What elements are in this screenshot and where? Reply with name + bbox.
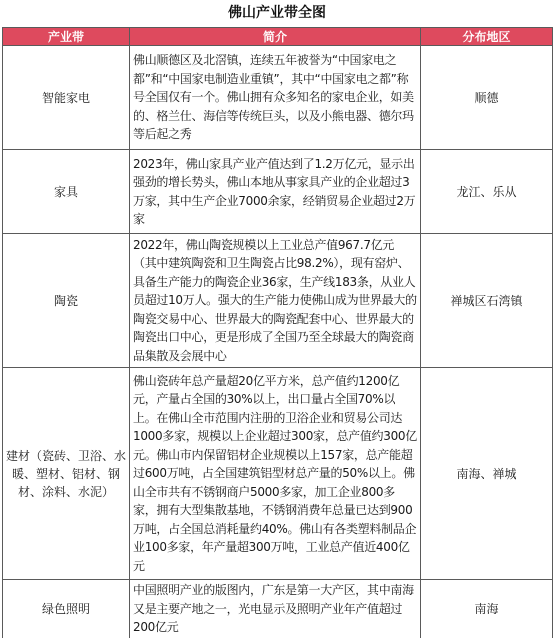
description-cell: 2022年，佛山陶瓷规模以上工业总产值967.7亿元（其中建筑陶瓷和卫生陶瓷占比… <box>130 234 421 368</box>
header-industry: 产业带 <box>3 28 130 46</box>
description-cell: 佛山瓷砖年总产量超20亿平方米，总产值约1200亿元，产量占全国的30%以上，出… <box>130 368 421 580</box>
industry-cell: 智能家电 <box>3 46 130 150</box>
table-row: 智能家电 佛山顺德区及北滘镇，连续五年被誉为“中国家电之都”和“中国家电制造业重… <box>3 46 553 150</box>
industry-cell: 建材（瓷砖、卫浴、水暖、塑材、铝材、钢材、涂料、水泥） <box>3 368 130 580</box>
industry-cell: 陶瓷 <box>3 234 130 368</box>
description-cell: 中国照明产业的版图内，广东是第一大产区，其中南海又是主要产地之一，光电显示及照明… <box>130 580 421 638</box>
region-cell: 南海 <box>421 580 553 638</box>
region-cell: 禅城区石湾镇 <box>421 234 553 368</box>
industry-cell: 绿色照明 <box>3 580 130 638</box>
industry-table: 产业带 简介 分布地区 智能家电 佛山顺德区及北滘镇，连续五年被誉为“中国家电之… <box>2 27 553 638</box>
header-description: 简介 <box>130 28 421 46</box>
region-cell: 顺德 <box>421 46 553 150</box>
region-cell: 龙江、乐从 <box>421 150 553 234</box>
table-header-row: 产业带 简介 分布地区 <box>3 28 553 46</box>
table-row: 家具 2023年，佛山家具产业产值达到了1.2万亿元，显示出强劲的增长势头，佛山… <box>3 150 553 234</box>
header-region: 分布地区 <box>421 28 553 46</box>
industry-cell: 家具 <box>3 150 130 234</box>
table-row: 陶瓷 2022年，佛山陶瓷规模以上工业总产值967.7亿元（其中建筑陶瓷和卫生陶… <box>3 234 553 368</box>
table-row: 建材（瓷砖、卫浴、水暖、塑材、铝材、钢材、涂料、水泥） 佛山瓷砖年总产量超20亿… <box>3 368 553 580</box>
page-title: 佛山产业带全图 <box>0 0 554 27</box>
description-cell: 佛山顺德区及北滘镇，连续五年被誉为“中国家电之都”和“中国家电制造业重镇”，其中… <box>130 46 421 150</box>
table-row: 绿色照明 中国照明产业的版图内，广东是第一大产区，其中南海又是主要产地之一，光电… <box>3 580 553 638</box>
region-cell: 南海、禅城 <box>421 368 553 580</box>
description-cell: 2023年，佛山家具产业产值达到了1.2万亿元，显示出强劲的增长势头，佛山本地从… <box>130 150 421 234</box>
